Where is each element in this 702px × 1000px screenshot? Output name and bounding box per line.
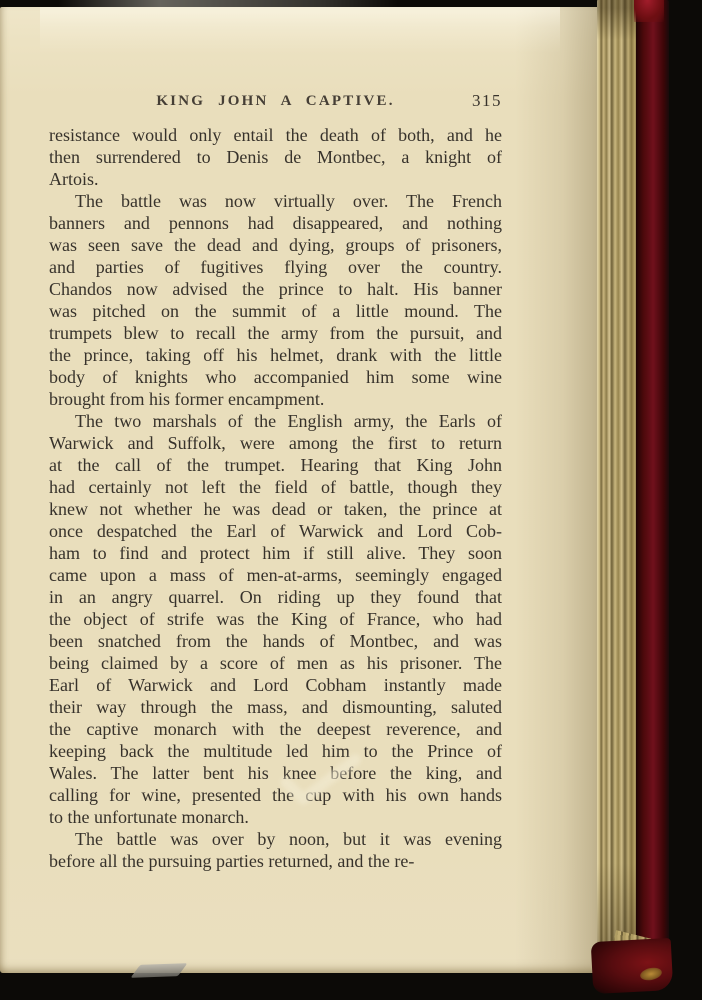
text-line: had certainly not left the field of batt… [49, 476, 502, 498]
text-line: banners and pennons had disappeared, and… [49, 212, 502, 234]
text-line: ham to find and protect him if still ali… [49, 542, 502, 564]
page-paper: KING JOHN A CAPTIVE. 315 resistance woul… [0, 7, 599, 973]
text-line: in an angry quarrel. On riding up they f… [49, 586, 502, 608]
fore-edge-page-stripes [597, 0, 638, 981]
text-line: the prince, taking off his helmet, drank… [49, 344, 502, 366]
cover-bottom-corner [591, 938, 674, 994]
next-page-corner [131, 963, 188, 978]
text-line: the captive monarch with the deepest rev… [49, 718, 502, 740]
text-line: Earl of Warwick and Lord Cobham instantl… [49, 674, 502, 696]
text-line: Wales. The latter bent his knee before t… [49, 762, 502, 784]
checkmark-smudge [276, 750, 365, 814]
book-photo: KING JOHN A CAPTIVE. 315 resistance woul… [0, 0, 702, 1000]
page-number: 315 [472, 91, 502, 111]
text-line: trumpets blew to recall the army from th… [49, 322, 502, 344]
top-edge-glint [58, 0, 398, 7]
text-line: The battle was now virtually over. The F… [49, 190, 502, 212]
paragraph: The battle was now virtually over. The F… [49, 190, 502, 410]
book-cover-edge [636, 0, 669, 989]
text-line: being claimed by a score of men as his p… [49, 652, 502, 674]
text-line: calling for wine, presented the cup with… [49, 784, 502, 806]
text-line: at the call of the trumpet. Hearing that… [49, 454, 502, 476]
text-line: came upon a mass of men-at-arms, seeming… [49, 564, 502, 586]
text-line: brought from his former encampment. [49, 388, 502, 410]
text-line: The two marshals of the English army, th… [49, 410, 502, 432]
text-line: keeping back the multitude led him to th… [49, 740, 502, 762]
text-line: once despatched the Earl of Warwick and … [49, 520, 502, 542]
text-line: then surrendered to Denis de Montbec, a … [49, 146, 502, 168]
text-line: Chandos now advised the prince to halt. … [49, 278, 502, 300]
text-line: was pitched on the summit of a little mo… [49, 300, 502, 322]
page-header: KING JOHN A CAPTIVE. 315 [49, 92, 502, 112]
text-line: and parties of fugitives flying over the… [49, 256, 502, 278]
text-line: before all the pursuing parties returned… [49, 850, 502, 872]
paragraph: The two marshals of the English army, th… [49, 410, 502, 828]
running-header-title: KING JOHN A CAPTIVE. [156, 93, 394, 109]
cover-top-highlight [634, 0, 664, 22]
text-line: body of knights who accompanied him some… [49, 366, 502, 388]
text-line: The battle was over by noon, but it was … [49, 828, 502, 850]
text-line: resistance would only entail the death o… [49, 124, 502, 146]
paragraph: resistance would only entail the death o… [49, 124, 502, 190]
text-block: resistance would only entail the death o… [49, 124, 502, 872]
text-line: the object of strife was the King of Fra… [49, 608, 502, 630]
text-line: their way through the mass, and dismount… [49, 696, 502, 718]
text-line: was seen save the dead and dying, groups… [49, 234, 502, 256]
text-line: been snatched from the hands of Montbec,… [49, 630, 502, 652]
text-line: Artois. [49, 168, 502, 190]
text-line: Warwick and Suffolk, were among the firs… [49, 432, 502, 454]
text-line: knew not whether he was dead or taken, t… [49, 498, 502, 520]
paragraph: The battle was over by noon, but it was … [49, 828, 502, 872]
